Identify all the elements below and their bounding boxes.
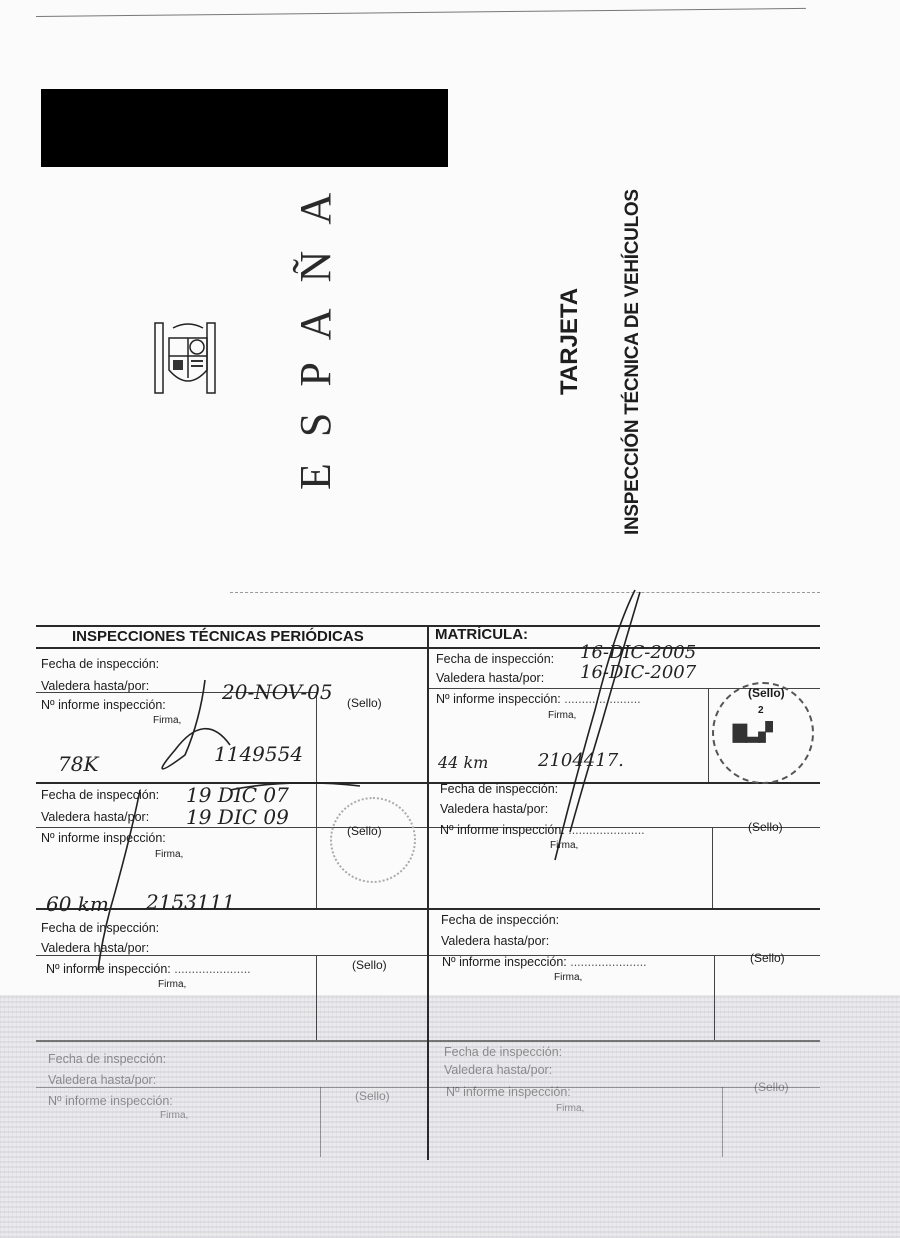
handwriting-strokes: [0, 0, 900, 1238]
